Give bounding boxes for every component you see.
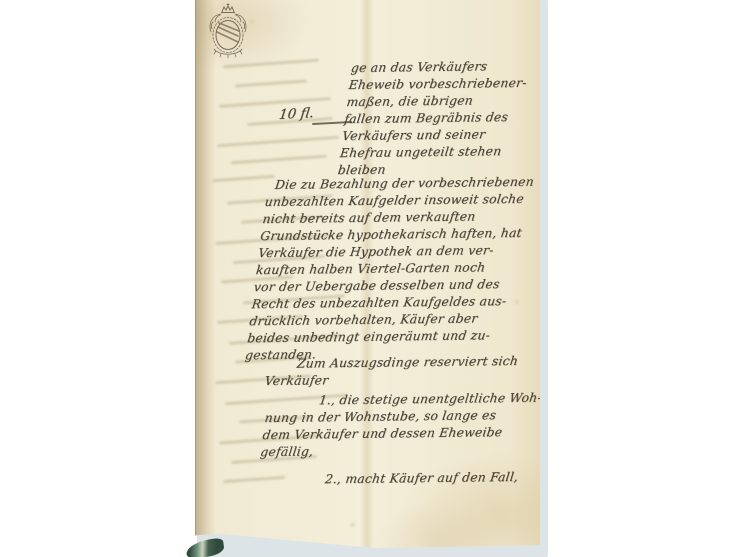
manuscript-page: 10 fl. ge an das VerkäufersEheweib vorbe…	[195, 0, 540, 548]
margin-amount-note: 10 fl.	[278, 105, 315, 123]
handwritten-line: beides unbedingt eingeräumt und zu-	[246, 327, 512, 347]
handwritten-line: gefällig,	[259, 441, 525, 461]
handwritten-line: Verkäufer	[264, 370, 530, 390]
handwritten-block-item-1: 1., die stetige unentgeltliche Woh-nung …	[259, 390, 532, 461]
handwritten-line: Eheweib vorbeschriebener-	[348, 75, 532, 94]
bleedthrough-streak	[235, 79, 307, 87]
handwritten-block-clause: Die zu Bezahlung der vorbeschriebenenunb…	[244, 174, 532, 365]
foxing-spot	[350, 523, 355, 527]
handwritten-block-reservation-heading: Zum Auszugsdinge reserviert sichVerkäufe…	[264, 353, 532, 390]
handwritten-line: Zum Auszugsdinge reserviert sich	[266, 353, 532, 373]
handwritten-line: unbezahlten Kaufgelder insoweit solche	[264, 191, 530, 211]
handwritten-line: dem Verkäufer und dessen Eheweibe	[261, 424, 527, 444]
handwritten-block-item-2: 2., macht Käufer auf den Fall,	[266, 469, 532, 489]
bleedthrough-streak	[213, 175, 275, 182]
photo-of-manuscript: { "colors":{ "background":"#ffffff", "pa…	[0, 0, 740, 557]
bleedthrough-streak	[223, 59, 319, 68]
handwritten-line: fallen zum Begräbnis des	[343, 109, 527, 128]
handwritten-block-continuation: ge an das VerkäufersEheweib vorbeschrieb…	[337, 58, 534, 179]
bleedthrough-streak	[217, 136, 339, 147]
handwritten-line: 2., macht Käufer auf den Fall,	[266, 469, 532, 489]
handwritten-line: Ehefrau ungeteilt stehen	[339, 143, 523, 162]
bleedthrough-streak	[231, 155, 327, 164]
